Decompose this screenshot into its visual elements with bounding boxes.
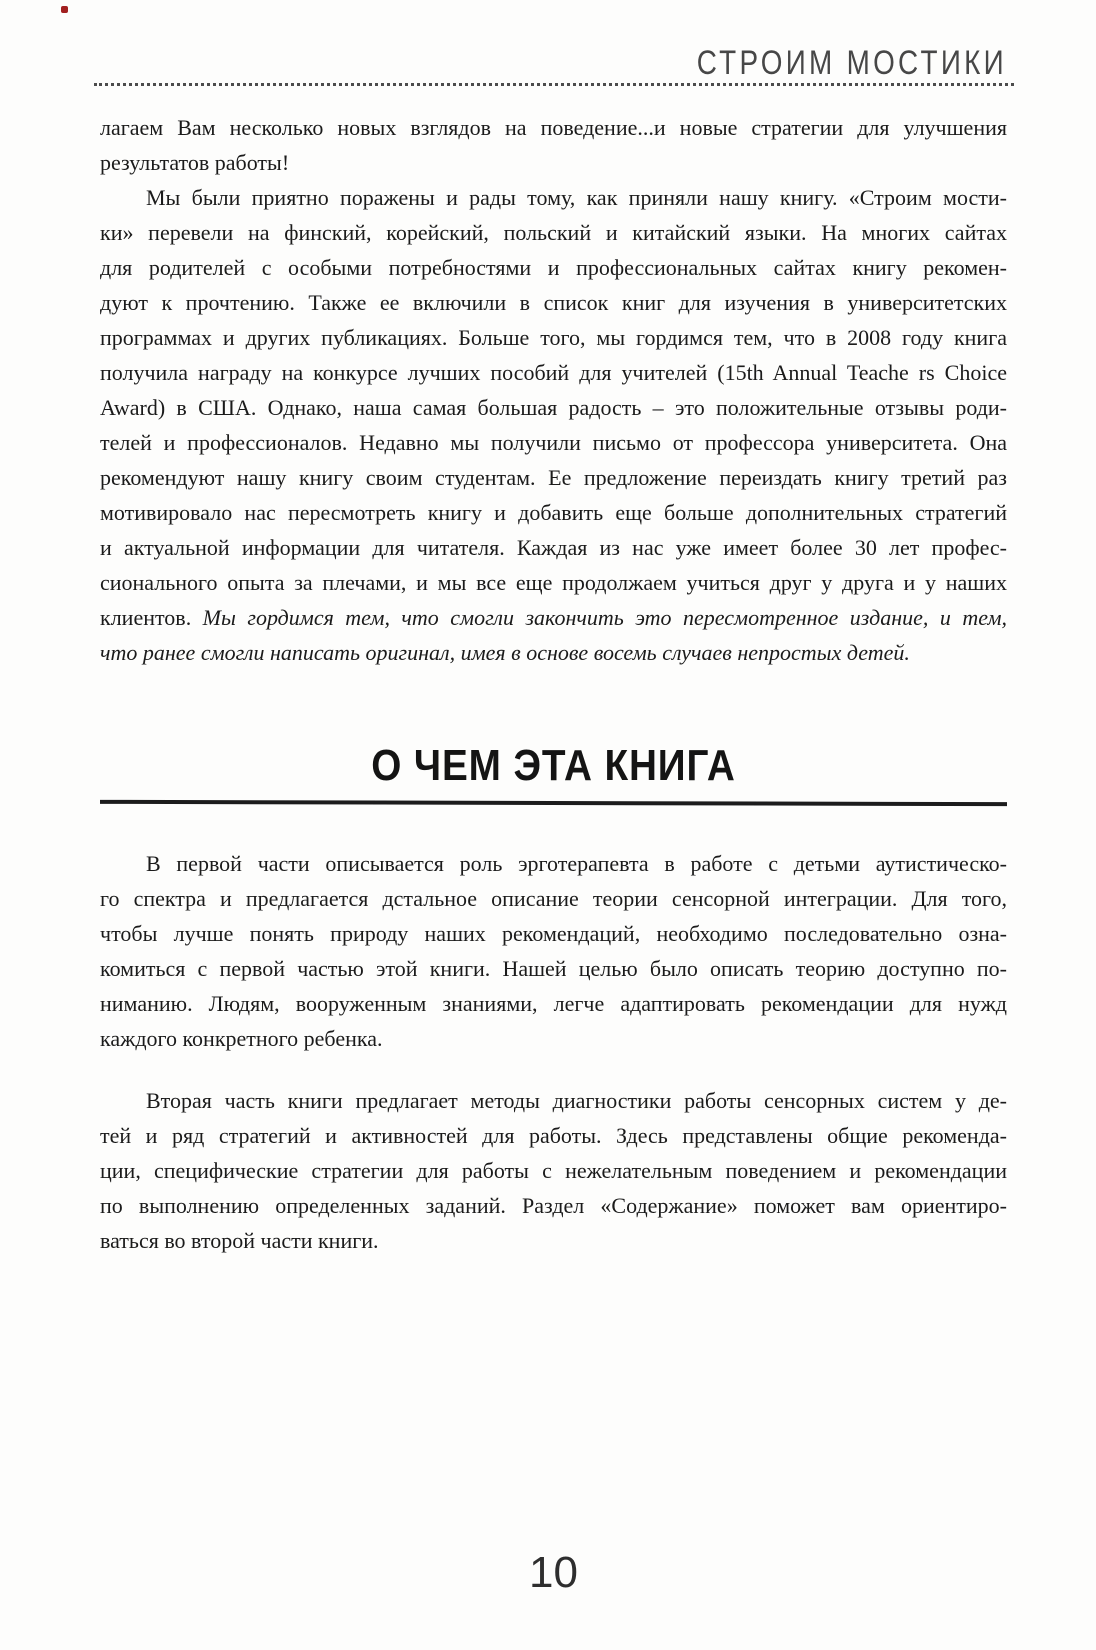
- text-line: Мы были приятно поражены и рады тому, ка…: [100, 180, 1007, 215]
- text-segment: программах и других публикациях. Больше …: [100, 325, 1007, 350]
- text-line: В первой части описывается роль эрготера…: [100, 846, 1007, 881]
- text-line: лагаем Вам несколько новых взглядов на п…: [100, 110, 1007, 145]
- heading-underline-rule: [100, 800, 1007, 806]
- text-segment: для родителей с особыми потребностями и …: [100, 255, 1007, 280]
- paragraph: лагаем Вам несколько новых взглядов на п…: [100, 110, 1007, 180]
- text-line: чтобы лучше понять природу наших рекомен…: [100, 916, 1007, 951]
- text-segment: ции, специфические стратегии для работы …: [100, 1158, 1007, 1183]
- text-line: получила награду на конкурсе лучших посо…: [100, 355, 1007, 390]
- italic-text-segment: Мы гордимся тем, что смогли закончить эт…: [203, 605, 1007, 630]
- text-line: мотивировало нас пересмотреть книгу и до…: [100, 495, 1007, 530]
- page-number: 10: [100, 1548, 1007, 1598]
- text-line: тей и ряд стратегий и активностей для ра…: [100, 1118, 1007, 1153]
- text-line: и актуальной информации для читателя. Ка…: [100, 530, 1007, 565]
- text-line: ки» перевели на финский, корейский, поль…: [100, 215, 1007, 250]
- text-segment: по выполнению определенных заданий. Разд…: [100, 1193, 1007, 1218]
- red-speck: [61, 6, 68, 13]
- paragraph: Мы были приятно поражены и рады тому, ка…: [100, 180, 1007, 670]
- text-segment: лагаем Вам несколько новых взглядов на п…: [100, 115, 1007, 140]
- text-segment: ваться во второй части книги.: [100, 1228, 379, 1253]
- text-segment: каждого конкретного ребенка.: [100, 1026, 382, 1051]
- section-heading: О ЧЕМ ЭТА КНИГА: [154, 744, 952, 788]
- text-segment: ниманию. Людям, вооруженным знаниями, ле…: [100, 991, 1007, 1016]
- text-segment: Мы были приятно поражены и рады тому, ка…: [146, 185, 1007, 210]
- text-segment: Вторая часть книги предлагает методы диа…: [146, 1088, 1007, 1113]
- paragraph: Вторая часть книги предлагает методы диа…: [100, 1083, 1007, 1258]
- text-line: по выполнению определенных заданий. Разд…: [100, 1188, 1007, 1223]
- text-segment: дуют к прочтению. Также ее включили в сп…: [100, 290, 1007, 315]
- text-segment: го спектра и предлагается дстальное опис…: [100, 886, 1007, 911]
- text-segment: клиентов.: [100, 605, 203, 630]
- text-segment: получила награду на конкурсе лучших посо…: [100, 360, 1007, 385]
- text-line: Вторая часть книги предлагает методы диа…: [100, 1083, 1007, 1118]
- text-segment: ки» перевели на финский, корейский, поль…: [100, 220, 1007, 245]
- text-line: го спектра и предлагается дстальное опис…: [100, 881, 1007, 916]
- text-line: для родителей с особыми потребностями и …: [100, 250, 1007, 285]
- text-line: ции, специфические стратегии для работы …: [100, 1153, 1007, 1188]
- text-line: клиентов. Мы гордимся тем, что смогли за…: [100, 600, 1007, 635]
- text-line: результатов работы!: [100, 145, 1007, 180]
- text-segment: чтобы лучше понять природу наших рекомен…: [100, 921, 1007, 946]
- text-line: рекомендуют нашу книгу своим студентам. …: [100, 460, 1007, 495]
- body-text-part1: В первой части описывается роль эрготера…: [100, 846, 1007, 1056]
- text-segment: В первой части описывается роль эрготера…: [146, 851, 1007, 876]
- text-line: ниманию. Людям, вооруженным знаниями, ле…: [100, 986, 1007, 1021]
- text-segment: рекомендуют нашу книгу своим студентам. …: [100, 465, 1007, 490]
- text-line: каждого конкретного ребенка.: [100, 1021, 1007, 1056]
- text-segment: комиться с первой частью этой книги. Наш…: [100, 956, 1007, 981]
- text-line: что ранее смогли написать оригинал, имея…: [100, 635, 1007, 670]
- header-dotted-rule: [94, 83, 1014, 86]
- text-segment: сионального опыта за плечами, и мы все е…: [100, 570, 1007, 595]
- text-line: телей и профессионалов. Недавно мы получ…: [100, 425, 1007, 460]
- text-line: ваться во второй части книги.: [100, 1223, 1007, 1258]
- book-page-scan: СТРОИМ МОСТИКИ лагаем Вам несколько новы…: [0, 0, 1096, 1650]
- text-segment: телей и профессионалов. Недавно мы получ…: [100, 430, 1007, 455]
- italic-text-segment: что ранее смогли написать оригинал, имея…: [100, 640, 910, 665]
- text-line: дуют к прочтению. Также ее включили в сп…: [100, 285, 1007, 320]
- paragraph: В первой части описывается роль эрготера…: [100, 846, 1007, 1056]
- body-text-part2: Вторая часть книги предлагает методы диа…: [100, 1083, 1007, 1258]
- text-segment: тей и ряд стратегий и активностей для ра…: [100, 1123, 1007, 1148]
- text-line: сионального опыта за плечами, и мы все е…: [100, 565, 1007, 600]
- text-segment: результатов работы!: [100, 150, 289, 175]
- running-header-title: СТРОИМ МОСТИКИ: [263, 44, 1007, 83]
- text-segment: и актуальной информации для читателя. Ка…: [100, 535, 1007, 560]
- text-segment: Award) в США. Однако, наша самая большая…: [100, 395, 1007, 420]
- text-line: комиться с первой частью этой книги. Наш…: [100, 951, 1007, 986]
- text-line: Award) в США. Однако, наша самая большая…: [100, 390, 1007, 425]
- text-line: программах и других публикациях. Больше …: [100, 320, 1007, 355]
- text-segment: мотивировало нас пересмотреть книгу и до…: [100, 500, 1007, 525]
- body-text-top: лагаем Вам несколько новых взглядов на п…: [100, 110, 1007, 670]
